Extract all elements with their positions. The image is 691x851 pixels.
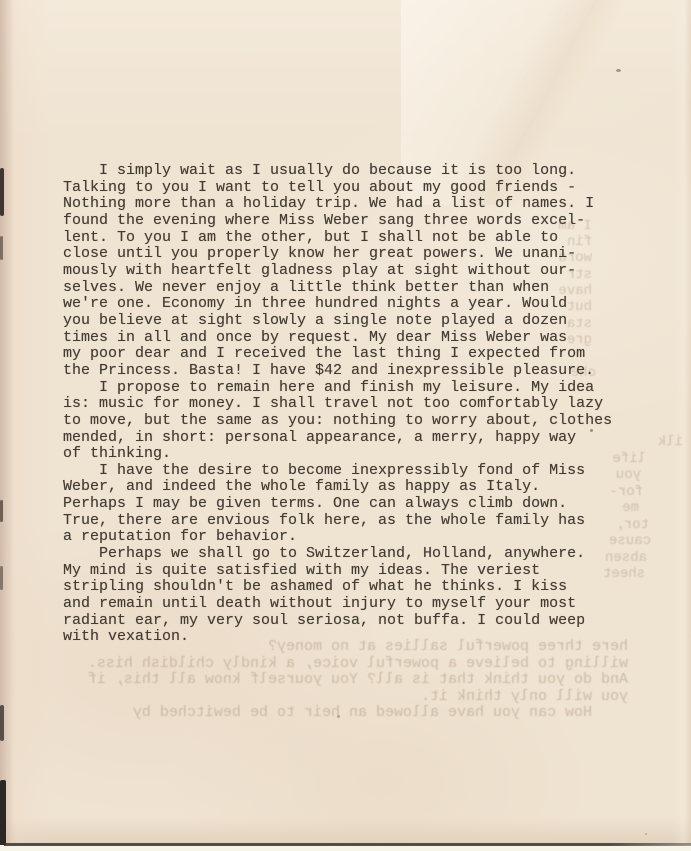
letter-line: radiant ear, my very soul seriosa, not b… xyxy=(63,613,628,630)
binding-stitch-mark xyxy=(0,500,3,522)
letter-line: times in all and once by request. My dea… xyxy=(63,330,628,347)
scan-speck xyxy=(645,833,647,835)
bleedthrough-fragment: ilk xyxy=(658,434,683,450)
bleedthrough-line: How can you have allowed an heir to be b… xyxy=(133,705,628,722)
letter-line: found the evening where Miss Weber sang … xyxy=(63,213,628,230)
letter-line: Nothing more than a holiday trip. We had… xyxy=(63,196,628,213)
letter-line: I simply wait as I usually do because it… xyxy=(63,163,628,180)
letter-line: we're one. Economy in three hundred nigh… xyxy=(63,296,628,313)
letter-line: True, there are envious folk here, as th… xyxy=(63,513,628,530)
letter-line: Talking to you I want to tell you about … xyxy=(63,180,628,197)
letter-line: a reputation for behavior. xyxy=(63,529,628,546)
letter-line: Perhaps we shall go to Switzerland, Holl… xyxy=(63,546,628,563)
book-page: here three powerful sallies at no money?… xyxy=(0,0,691,851)
letter-line: to move, but the same as you: nothing to… xyxy=(63,413,628,430)
scan-speck xyxy=(616,69,621,72)
bleedthrough-line: willing to believe a powerful voice, a k… xyxy=(88,656,628,673)
letter-line: close until you properly know her great … xyxy=(63,246,628,263)
letter-line: selves. We never enjoy a little think be… xyxy=(63,280,628,297)
letter-line: with vexation. xyxy=(63,629,628,646)
bleedthrough-line: And do you think that is all? You yourse… xyxy=(88,672,628,689)
letter-line: I have the desire to become inexpressibl… xyxy=(63,463,628,480)
binding-edge-dark xyxy=(0,780,6,851)
page-bottom-edge-line xyxy=(4,843,691,846)
binding-stitch-mark xyxy=(0,168,4,216)
letter-line: mended, in short: personal appearance, a… xyxy=(63,430,628,447)
binding-stitch-mark xyxy=(0,566,3,590)
scan-speck xyxy=(337,715,340,718)
letter-line: lent. To you I am the other, but I shall… xyxy=(63,230,628,247)
letter-line: My mind is quite satisfied with my ideas… xyxy=(63,563,628,580)
bleedthrough-line: you will only think it. xyxy=(421,689,628,706)
letter-line: Weber, and indeed the whole family as ha… xyxy=(63,479,628,496)
letter-text-block: I simply wait as I usually do because it… xyxy=(63,163,628,646)
binding-stitch-mark xyxy=(0,236,3,260)
letter-line: is: music for money. I shall travel not … xyxy=(63,396,628,413)
letter-line: the Princess. Basta! I have $42 and inex… xyxy=(63,363,628,380)
letter-line: I propose to remain here and finish my l… xyxy=(63,380,628,397)
binding-stitch-mark xyxy=(0,705,4,741)
letter-line: Perhaps I may be given terms. One can al… xyxy=(63,496,628,513)
letter-line: of thinking. xyxy=(63,446,628,463)
letter-line: you believe at sight slowly a single not… xyxy=(63,313,628,330)
scan-speck xyxy=(590,429,593,432)
letter-line: my poor dear and I received the last thi… xyxy=(63,346,628,363)
letter-line: stripling shouldn't be ashamed of what h… xyxy=(63,579,628,596)
letter-line: and remain until death without injury to… xyxy=(63,596,628,613)
letter-line: mously with heartfelt gladness play at s… xyxy=(63,263,628,280)
